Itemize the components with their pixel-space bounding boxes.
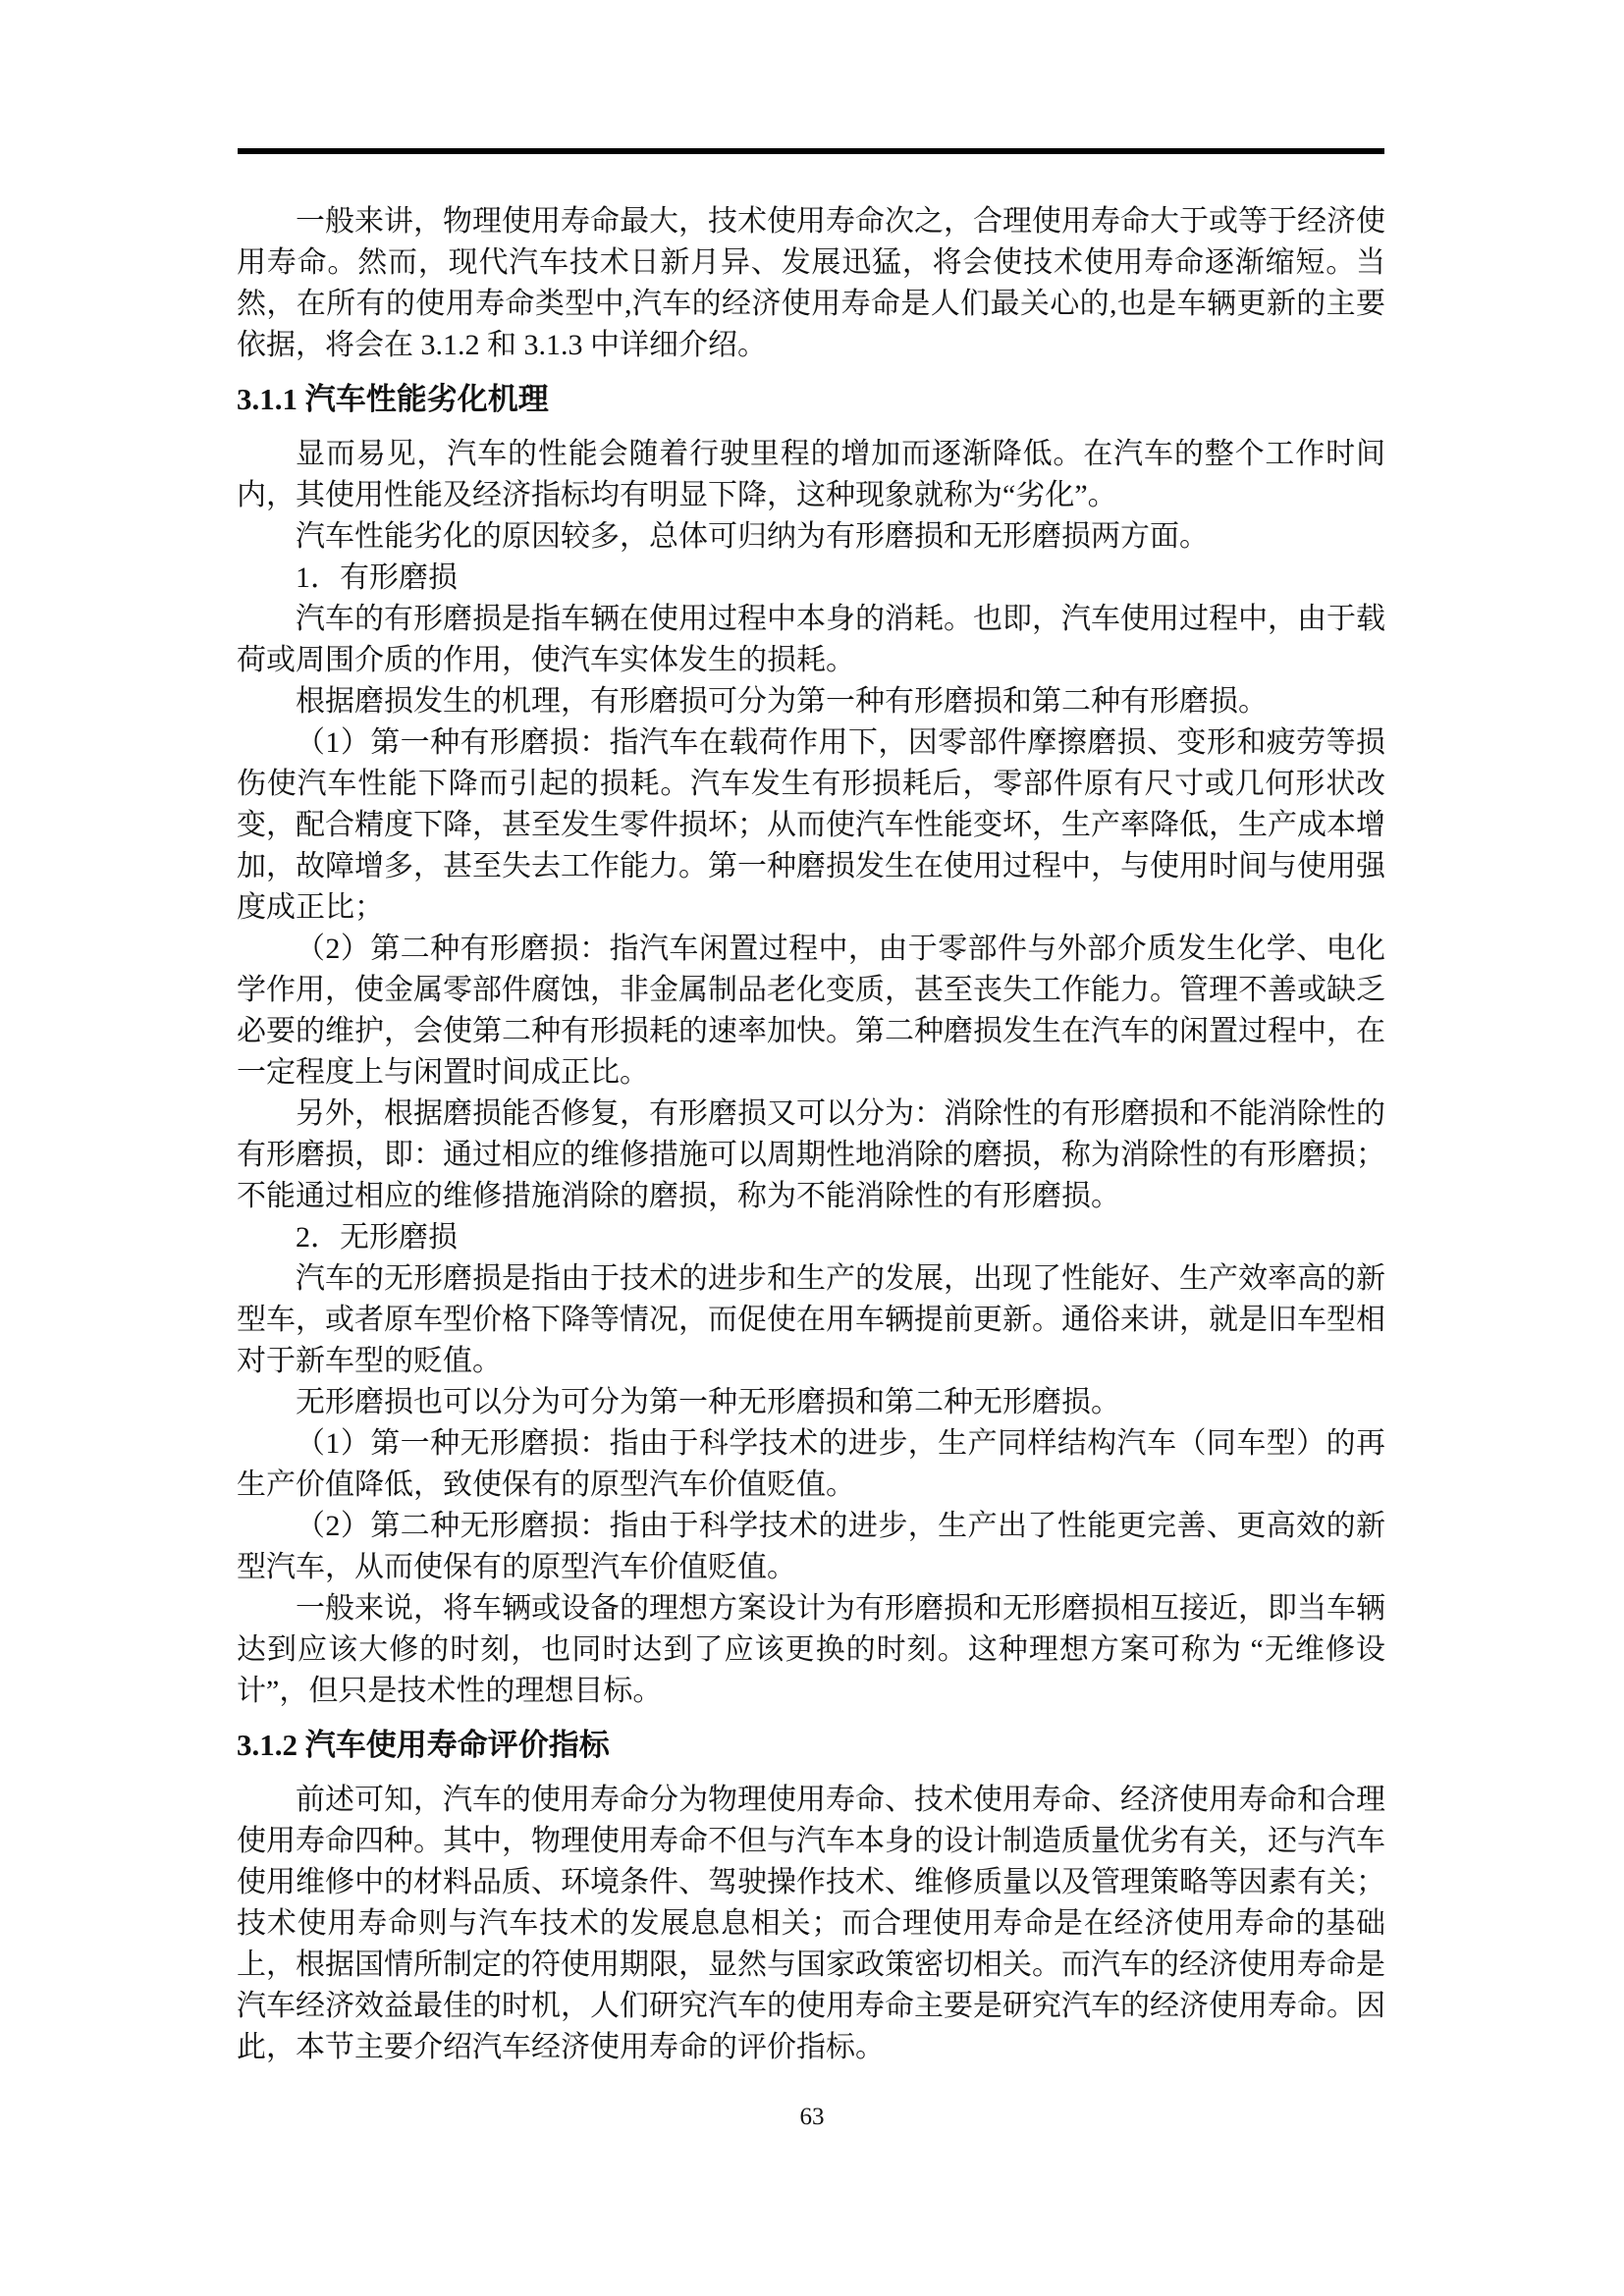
- body-paragraph: 另外，根据磨损能否修复，有形磨损又可以分为：消除性的有形磨损和不能消除性的有形磨…: [237, 1094, 1385, 1217]
- body-paragraph: 显而易见，汽车的性能会随着行驶里程的增加而逐渐降低。在汽车的整个工作时间内，其使…: [237, 434, 1385, 516]
- body-paragraph: 根据磨损发生的机理，有形磨损可分为第一种有形磨损和第二种有形磨损。: [237, 681, 1385, 722]
- body-paragraph: 汽车的无形磨损是指由于技术的进步和生产的发展，出现了性能好、生产效率高的新型车，…: [237, 1258, 1385, 1382]
- body-paragraph: 汽车性能劣化的原因较多，总体可归纳为有形磨损和无形磨损两方面。: [237, 516, 1385, 558]
- body-paragraph: 汽车的有形磨损是指车辆在使用过程中本身的消耗。也即，汽车使用过程中，由于载荷或周…: [237, 599, 1385, 681]
- section-heading-3-1-1: 3.1.1 汽车性能劣化机理: [237, 379, 1385, 420]
- body-paragraph: 一般来说，将车辆或设备的理想方案设计为有形磨损和无形磨损相互接近，即当车辆达到应…: [237, 1588, 1385, 1712]
- document-page: 一般来讲，物理使用寿命最大，技术使用寿命次之，合理使用寿命大于或等于经济使用寿命…: [0, 0, 1624, 2296]
- header-rule: [238, 148, 1384, 154]
- body-paragraph: 一般来讲，物理使用寿命最大，技术使用寿命次之，合理使用寿命大于或等于经济使用寿命…: [237, 201, 1385, 366]
- body-paragraph: 无形磨损也可以分为可分为第一种无形磨损和第二种无形磨损。: [237, 1382, 1385, 1423]
- body-paragraph: （2）第二种无形磨损：指由于科学技术的进步，生产出了性能更完善、更高效的新型汽车…: [237, 1506, 1385, 1588]
- list-item-2-intangible-wear: 2．无形磨损: [237, 1217, 1385, 1258]
- list-item-1-tangible-wear: 1．有形磨损: [237, 558, 1385, 599]
- body-paragraph: 前述可知，汽车的使用寿命分为物理使用寿命、技术使用寿命、经济使用寿命和合理使用寿…: [237, 1780, 1385, 2068]
- body-paragraph: （1）第一种无形磨损：指由于科学技术的进步，生产同样结构汽车（同车型）的再生产价…: [237, 1423, 1385, 1506]
- body-paragraph: （1）第一种有形磨损：指汽车在载荷作用下，因零部件摩擦磨损、变形和疲劳等损伤使汽…: [237, 722, 1385, 929]
- section-heading-3-1-2: 3.1.2 汽车使用寿命评价指标: [237, 1725, 1385, 1766]
- page-content: 一般来讲，物理使用寿命最大，技术使用寿命次之，合理使用寿命大于或等于经济使用寿命…: [237, 201, 1385, 2068]
- page-number: 63: [800, 2104, 825, 2130]
- page-footer: 63: [0, 2103, 1624, 2132]
- body-paragraph: （2）第二种有形磨损：指汽车闲置过程中，由于零部件与外部介质发生化学、电化学作用…: [237, 929, 1385, 1094]
